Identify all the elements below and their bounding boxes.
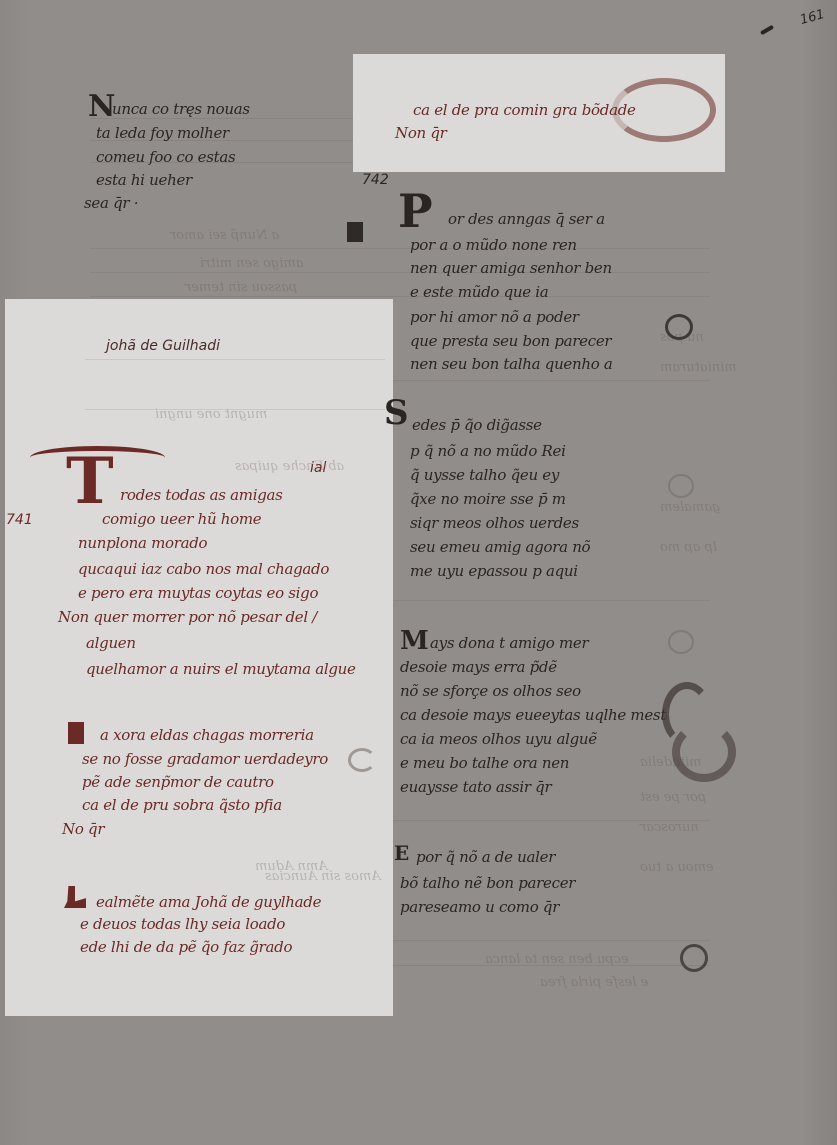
verse-line: bõ talho nẽ bon parecer <box>400 874 575 892</box>
bleed-through-text: miniaturam <box>660 360 737 375</box>
ruling-line <box>90 272 710 273</box>
verse-line: Non q̄r <box>395 124 447 142</box>
faint-flourish <box>348 748 376 772</box>
verse-line: ta leda foy molher <box>96 124 229 142</box>
ink-flourish <box>612 78 716 142</box>
verse-line: e este mũdo que ia <box>410 283 548 301</box>
verse-line: pẽ ade senp̃mor de cautro <box>82 773 274 791</box>
verse-line: que presta seu bon parecer <box>410 332 611 350</box>
bleed-through-text: nuroscar <box>640 820 699 835</box>
verse-line: nõ se sforçe os olhos seo <box>400 682 581 700</box>
bleed-through-text: amigo sen mitri <box>200 256 303 271</box>
ink-mark <box>760 25 774 35</box>
verse-line: e pero era muytas coytas eo sigo <box>78 584 318 602</box>
verse-line: ca el de pra comin gra bõdade <box>413 101 636 119</box>
initial-letter: P <box>398 188 433 234</box>
verse-line: No q̄r <box>62 820 104 838</box>
bleed-through-text: mugnt one ungni <box>155 407 267 422</box>
verse-line: q̃xe no moire sse p̄ m <box>410 490 566 508</box>
verse-line: desoie mays erra p̃dẽ <box>400 658 557 676</box>
verse-line: por a o mũdo none ren <box>410 236 577 254</box>
author-annotation: johã de Guilhadi <box>106 338 220 354</box>
verse-line: alguen <box>86 634 136 652</box>
verse-line: edes p̄ q̃o dig̃asse <box>412 416 542 434</box>
verse-line: nen quer amiga senhor ben <box>410 259 612 277</box>
bleed-through-text: emou a tuo <box>640 860 714 875</box>
ruling-line <box>85 359 385 360</box>
ruling-line <box>90 248 710 249</box>
ink-ring <box>665 314 693 340</box>
bleed-through-text: a Nunp̃ sei amor <box>170 228 279 243</box>
verse-line: por hi amor nõ a poder <box>410 308 579 326</box>
verse-line: ede lhi de da pẽ q̃o faz g̃rado <box>80 938 292 956</box>
verse-line: se no fosse gradamor uerdadeyro <box>82 750 328 768</box>
verse-line: p q̃ nõ a no mũdo Rei <box>410 442 566 460</box>
poem-number: 742 <box>362 172 389 188</box>
ink-ring <box>680 944 708 972</box>
initial-letter: S <box>384 396 409 430</box>
verse-line: ca desoie mays eueeytas uqlhe mest <box>400 706 666 724</box>
initial-letter: E <box>394 843 409 863</box>
verse-line: me uyu epassou p aqui <box>410 562 578 580</box>
verse-line: ealmẽte ama Johã de guylhade <box>96 893 321 911</box>
bleed-through-text: gamalem <box>660 500 720 515</box>
verse-line: a xora eldas chagas morreria <box>100 726 314 744</box>
verse-line: comigo ueer hũ home <box>102 510 261 528</box>
initial-letter-block <box>68 722 84 744</box>
ink-flourish <box>672 722 736 782</box>
bleed-through-text: ab Enche quipas <box>235 459 344 474</box>
verse-line: or des anngas q̄ ser a <box>448 210 605 228</box>
verse-line: q̃ uysse talho q̃eu ey <box>410 466 559 484</box>
verse-line: nunplona morado <box>78 534 207 552</box>
bleed-through-text: passou sin temer <box>185 280 297 295</box>
verse-line: pareseamo u como q̄r <box>400 898 559 916</box>
bleed-through-text: Amn Adum <box>255 859 328 874</box>
faint-ring <box>668 474 694 498</box>
verse-line: ca el de pru sobra q̃sto pfia <box>82 796 282 814</box>
bleed-through-text: ecpu ben sen ta lanca <box>485 952 629 967</box>
faint-ring <box>668 630 694 654</box>
verse-line: Non quer morrer por nõ pesar del / <box>58 608 317 626</box>
initial-letter: M <box>400 628 429 654</box>
verse-line: euaysse tato assir q̄r <box>400 778 551 796</box>
marginal-mark: ial <box>310 460 326 476</box>
verse-line: comeu foo co estas <box>96 148 235 166</box>
verse-line: quelhamor a nuirs el muytama algue <box>86 660 356 678</box>
bleed-through-text: por pe est <box>640 790 706 805</box>
bleed-through-text: lp ap mo <box>660 540 717 555</box>
verse-line: sea q̄r · <box>84 194 138 212</box>
verse-line: ca ia meos olhos uyu alguẽ <box>400 730 597 748</box>
initial-letter: T <box>66 450 114 514</box>
verse-line: rodes todas as amigas <box>120 486 283 504</box>
bleed-through-text: e lesfe pirla frea <box>540 975 648 990</box>
verse-line: unca co tręs nouas <box>112 100 250 118</box>
verse-line: seu emeu amig agora nõ <box>410 538 590 556</box>
verse-line: ays dona t amigo mer <box>430 634 588 652</box>
verse-line: e deuos todas lhy seia loado <box>80 915 285 933</box>
verse-line: qucaqui iaz cabo nos mal chagado <box>78 560 329 578</box>
verse-line: esta hi ueher <box>96 171 192 189</box>
ruling-line <box>90 296 710 297</box>
verse-line: nen seu bon talha quenho a <box>410 355 613 373</box>
verse-line: por q̃ nõ a de ualer <box>416 848 555 866</box>
folio-number: 161 <box>798 7 826 28</box>
poem-number: 741 <box>6 512 33 528</box>
verse-line: e meu bo talhe ora nen <box>400 754 569 772</box>
manuscript-page: a Nunp̃ sei amor amigo sen mitri passou … <box>0 0 837 1145</box>
verse-line: siqr meos olhos uerdes <box>410 514 579 532</box>
ink-blot <box>347 222 363 242</box>
